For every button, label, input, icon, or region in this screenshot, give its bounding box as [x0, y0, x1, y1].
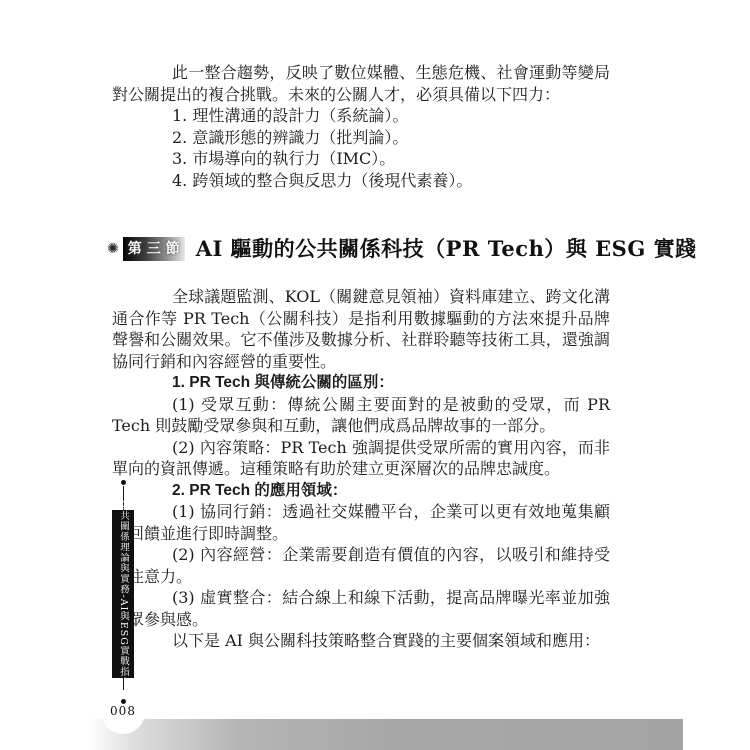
body-paragraph-6: (3) 虛實整合：結合線上和線下活動，提高品牌曝光率並加強受眾參與感。	[112, 587, 610, 630]
starburst-icon: ✺	[107, 242, 119, 256]
main-text-column: 此一整合趨勢，反映了數位媒體、生態危機、社會運動等變局對公關提出的複合挑戰。未來…	[112, 62, 610, 652]
ability-item-4: 4. 跨領域的整合與反思力（後現代素養）。	[112, 170, 610, 192]
spine-bar: 公共關係理論與實務-AI與ESG實戰指南	[112, 510, 134, 678]
body-paragraph-5: (2) 內容經營：企業需要創造有價值的內容，以吸引和維持受眾注意力。	[112, 544, 610, 587]
ability-item-3: 3. 市場導向的執行力（IMC）。	[112, 148, 610, 170]
book-page: { "intro": { "paragraph": "此一整合趨勢，反映了數位媒…	[0, 0, 750, 750]
body-paragraph-4: (1) 協同行銷：透過社交媒體平台，企業可以更有效地蒐集顧客回饋並進行即時調整。	[112, 501, 610, 544]
body-paragraph-7: 以下是 AI 與公關科技策略整合實踐的主要個案領域和應用：	[112, 630, 610, 652]
body-subheading-1: 1. PR Tech 與傳統公關的區別：	[112, 372, 610, 394]
intro-paragraph: 此一整合趨勢，反映了數位媒體、生態危機、社會運動等變局對公關提出的複合挑戰。未來…	[112, 62, 610, 105]
page-edge-shadow	[88, 719, 683, 750]
ability-item-1: 1. 理性溝通的設計力（系統論）。	[112, 105, 610, 127]
spine-book-title: 公共關係理論與實務-AI與ESG實戰指南	[112, 500, 134, 688]
body-paragraph-1: 全球議題監測、KOL（關鍵意見領袖）資料庫建立、跨文化溝通合作等 PR Tech…	[112, 286, 610, 372]
body-paragraph-3: (2) 內容策略：PR Tech 強調提供受眾所需的實用內容，而非單向的資訊傳遞…	[112, 437, 610, 480]
spine-top-dot	[121, 480, 126, 485]
page-number: 008	[101, 704, 145, 718]
section-badge: 第三節	[123, 237, 185, 261]
body-paragraph-2: (1) 受眾互動：傳統公關主要面對的是被動的受眾，而 PR Tech 則鼓勵受眾…	[112, 394, 610, 437]
ability-item-2: 2. 意識形態的辨識力（批判論）。	[112, 127, 610, 149]
body-subheading-2: 2. PR Tech 的應用領域：	[112, 480, 610, 502]
section-heading: ✺ 第三節 AI 驅動的公共關係科技（PR Tech）與 ESG 實踐	[107, 237, 610, 261]
section-title: AI 驅動的公共關係科技（PR Tech）與 ESG 實踐	[196, 238, 697, 260]
